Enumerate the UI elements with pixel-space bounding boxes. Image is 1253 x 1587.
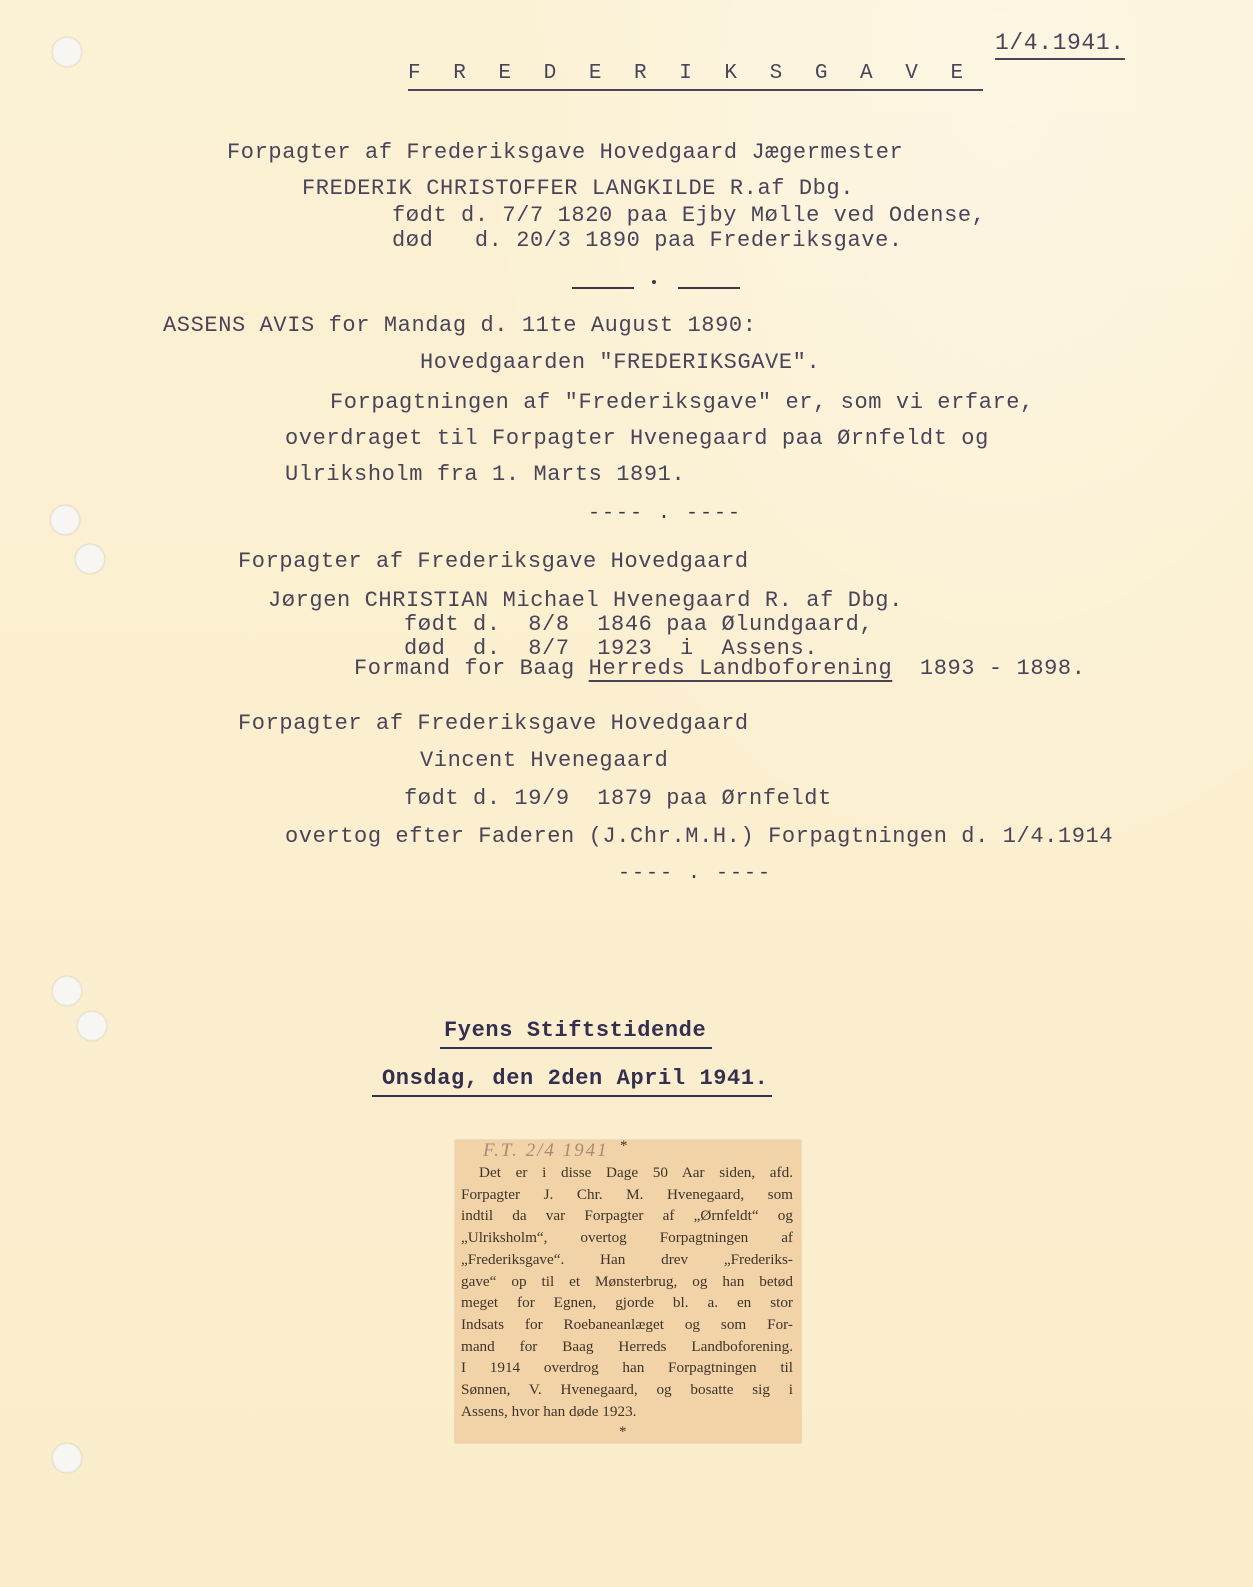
clipping-line: meget for Egnen, gjorde bl. a. en stor: [461, 1292, 793, 1314]
newspaper-date: Onsdag, den 2den April 1941.: [372, 1066, 772, 1097]
section3-line1: Forpagter af Frederiksgave Hovedgaard: [238, 549, 749, 574]
separator: [572, 287, 634, 289]
clipping-line: Sønnen, V. Hvenegaard, og bosatte sig i: [461, 1379, 793, 1401]
clipping-line: „Ulriksholm“, overtog Forpagtningen af: [461, 1227, 793, 1249]
section3-line5: Formand for Baag Herreds Landboforening …: [354, 656, 1086, 681]
separator: ---- . ----: [618, 862, 772, 885]
punch-hole: [77, 1011, 107, 1041]
section3-line5-underlined: Herreds Landboforening: [589, 656, 893, 681]
section3-line2: Jørgen CHRISTIAN Michael Hvenegaard R. a…: [268, 588, 903, 613]
section2-line4: overdraget til Forpagter Hvenegaard paa …: [285, 426, 989, 451]
star-ornament-top: *: [620, 1138, 628, 1155]
section2-line2: Hovedgaarden "FREDERIKSGAVE".: [420, 350, 820, 375]
clipping-line: „Frederiksgave“. Han drev „Frederiks-: [461, 1249, 793, 1271]
document-title: F R E D E R I K S G A V E: [408, 62, 983, 91]
section4-line2: Vincent Hvenegaard: [420, 748, 668, 773]
section1-line2: FREDERIK CHRISTOFFER LANGKILDE R.af Dbg.: [302, 176, 854, 201]
section3-line3: født d. 8/8 1846 paa Ølundgaard,: [404, 612, 873, 637]
punch-hole: [75, 544, 105, 574]
section2-line1: ASSENS AVIS for Mandag d. 11te August 18…: [163, 313, 757, 338]
section3-line5-part1: Formand for Baag: [354, 656, 589, 681]
clipping-line: Indsats for Roebaneanlæget og som For-: [461, 1314, 793, 1336]
clipping-line: gave“ op til et Mønsterbrug, og han betø…: [461, 1271, 793, 1293]
section1-line4: død d. 20/3 1890 paa Frederiksgave.: [392, 228, 903, 253]
section4-line3: født d. 19/9 1879 paa Ørnfeldt: [404, 786, 832, 811]
document-date: 1/4.1941.: [995, 30, 1125, 60]
clipping-text: Det er i disse Dage 50 Aar siden, afd. F…: [461, 1162, 793, 1422]
newspaper-clipping: F.T. 2/4 1941 * Det er i disse Dage 50 A…: [455, 1140, 801, 1443]
separator-dot: [652, 280, 656, 284]
clipping-line: I 1914 overdrog han Forpagtningen til: [461, 1357, 793, 1379]
section4-line4: overtog efter Faderen (J.Chr.M.H.) Forpa…: [285, 824, 1113, 849]
section2-line5: Ulriksholm fra 1. Marts 1891.: [285, 462, 685, 487]
separator: ---- . ----: [588, 502, 742, 525]
clipping-line: indtil da var Forpagter af „Ørnfeldt“ og: [461, 1205, 793, 1227]
section1-line3: født d. 7/7 1820 paa Ejby Mølle ved Oden…: [392, 203, 986, 228]
clipping-line: Forpagter J. Chr. M. Hvenegaard, som: [461, 1184, 793, 1206]
separator: [678, 287, 740, 289]
star-ornament-bottom: *: [619, 1424, 627, 1441]
newspaper-name-text: Fyens Stiftstidende: [444, 1018, 706, 1043]
newspaper-date-text: Onsdag, den 2den April 1941.: [382, 1066, 768, 1091]
section2-line3: Forpagtningen af "Frederiksgave" er, som…: [330, 390, 1034, 415]
section3-line5-years: 1893 - 1898.: [892, 656, 1085, 681]
document-page: 1/4.1941. F R E D E R I K S G A V E Forp…: [0, 0, 1253, 1587]
newspaper-name: Fyens Stiftstidende: [440, 1018, 712, 1049]
punch-hole: [52, 1443, 82, 1473]
clipping-line: mand for Baag Herreds Landboforening.: [461, 1336, 793, 1358]
punch-hole: [52, 976, 82, 1006]
section4-line1: Forpagter af Frederiksgave Hovedgaard: [238, 711, 749, 736]
handwritten-annotation: F.T. 2/4 1941: [483, 1140, 609, 1162]
clipping-line: Det er i disse Dage 50 Aar siden, afd.: [461, 1162, 793, 1184]
clipping-line: Assens, hvor han døde 1923.: [461, 1401, 793, 1423]
section1-line1: Forpagter af Frederiksgave Hovedgaard Jæ…: [227, 140, 903, 165]
punch-hole: [52, 37, 82, 67]
punch-hole: [50, 505, 80, 535]
